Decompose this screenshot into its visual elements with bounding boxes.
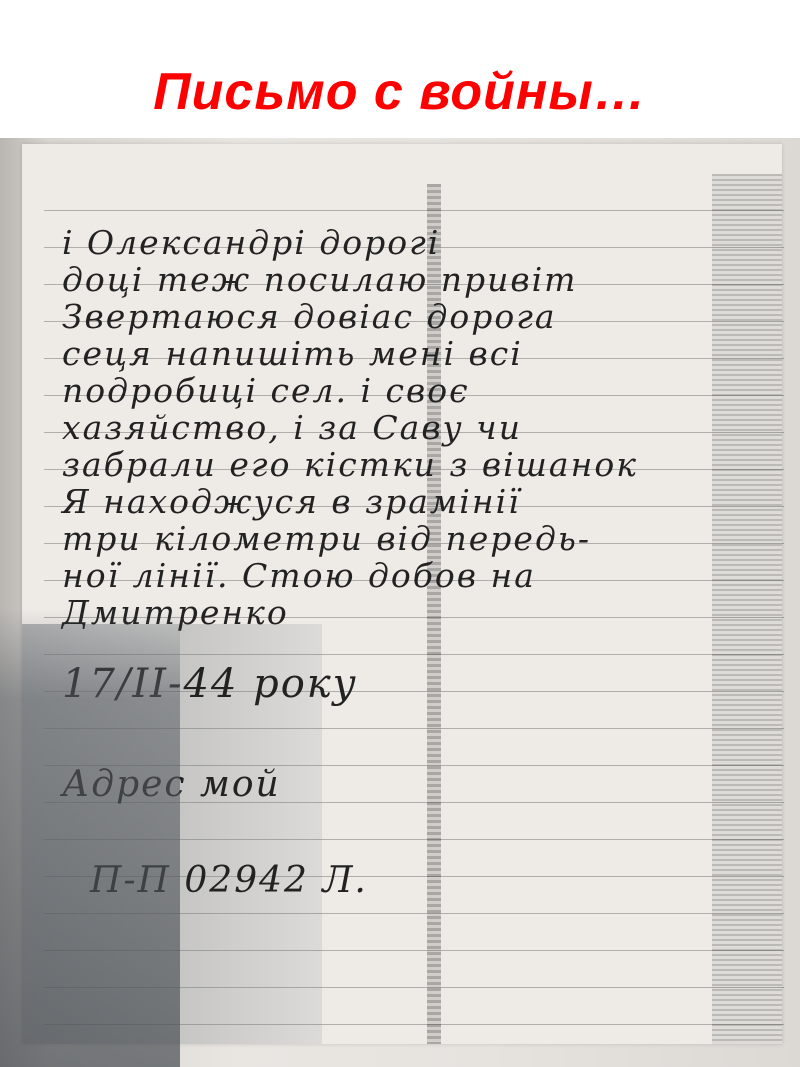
letter-line: сеця напишіть мені всі bbox=[62, 335, 782, 372]
letter-line: подробиці сел. і своє bbox=[62, 372, 782, 409]
letter-line: Я находжуся в зрамінії bbox=[62, 483, 782, 520]
letter-line: і Олександрі дорогі bbox=[62, 224, 782, 261]
letter-photo: і Олександрі дорогі доці теж посилаю при… bbox=[0, 138, 800, 1067]
slide-title: Письмо с войны… bbox=[0, 62, 800, 122]
letter-line: Звертаюся довіас дорога bbox=[62, 298, 782, 335]
letter-line: ної лінії. Стою добов на bbox=[62, 557, 782, 594]
photo-edge-shadow bbox=[0, 608, 180, 1067]
letter-line: хазяйство, і за Саву чи bbox=[62, 409, 782, 446]
letter-line: три кілометри від передь- bbox=[62, 520, 782, 557]
letter-line: доці теж посилаю привіт bbox=[62, 261, 782, 298]
letter-line: забрали его кістки з вішанок bbox=[62, 446, 782, 483]
